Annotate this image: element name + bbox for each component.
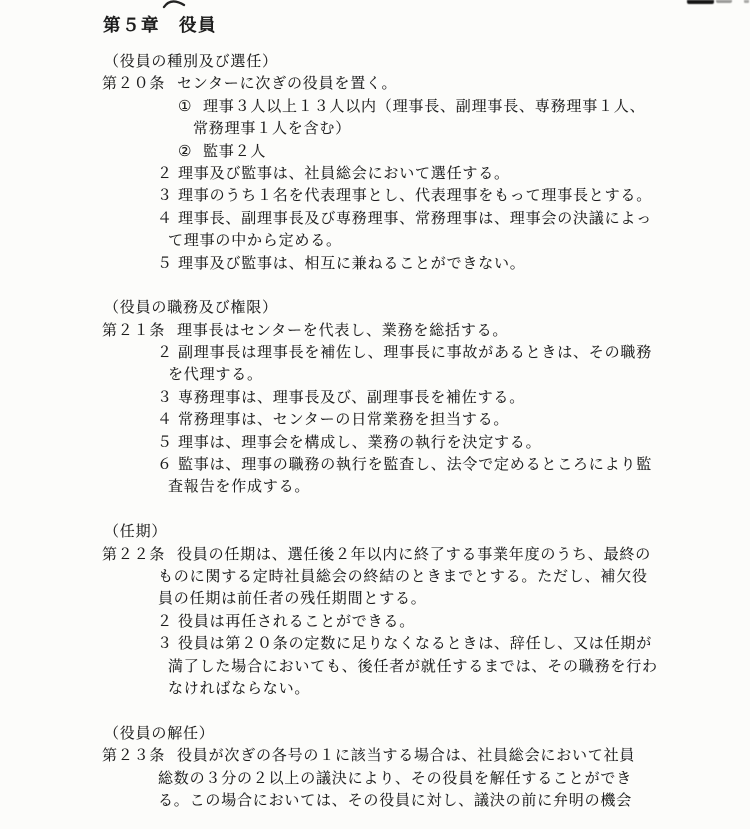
paragraph-line: ５理事は、理事会を構成し、業務の執行を決定する。 (0, 432, 750, 454)
line-text: （任期） (104, 524, 167, 540)
paragraph-line: ５理事及び監事は、相互に兼ねることができない。 (0, 253, 750, 275)
paragraph-line: ２理事及び監事は、社員総会において選任する。 (0, 163, 750, 185)
line-text: 理事及び監事は、社員総会において選任する。 (178, 166, 510, 182)
line-text: 理事は、理事会を構成し、業務の執行を決定する。 (178, 435, 541, 451)
line-text: （役員の種別及び選任） (104, 54, 278, 70)
section-heading-line: （役員の職務及び権限） (0, 297, 750, 319)
item-marker-icon: ① (178, 96, 203, 118)
article-wrap-line: る。この場合においては、その役員に対し、議決の前に弁明の機会 (0, 790, 750, 812)
line-text: 役員は第２０条の定数に足りなくなるときは、辞任し、又は任期が (178, 636, 652, 652)
item-marker-icon: ② (178, 141, 203, 163)
line-text: （役員の解任） (104, 726, 215, 742)
line-text: 員の任期は前任者の残任期間とする。 (158, 591, 427, 607)
section-heading-line: （役員の解任） (0, 723, 750, 745)
section-heading-line: （役員の種別及び選任） (0, 51, 750, 73)
paragraph-number: ３ (157, 387, 178, 409)
line-text: 専務理事は、理事長及び、副理事長を補佐する。 (178, 390, 525, 406)
paragraph-wrap-line: なければならない。 (0, 678, 750, 700)
article-wrap-line: 総数の３分の２以上の議決により、その役員を解任することができ (0, 768, 750, 790)
paragraph-number: ２ (157, 611, 178, 633)
paragraph-wrap-line: 査報告を作成する。 (0, 476, 750, 498)
paragraph-number: ３ (157, 185, 178, 207)
line-text: 副理事長は理事長を補佐し、理事長に事故があるときは、その職務 (178, 345, 652, 361)
scan-artifact-smudge (744, 0, 749, 3)
article-wrap-line: ものに関する定時社員総会の終結のときまでとする。ただし、補欠役 (0, 566, 750, 588)
line-text: 査報告を作成する。 (168, 479, 310, 495)
line-text: センターに次ぎの役員を置く。 (177, 76, 397, 92)
line-text: て理事の中から定める。 (168, 233, 342, 249)
line-text: 役員が次ぎの各号の１に該当する場合は、社員総会において社員 (177, 748, 635, 764)
line-text: 理事のうち１名を代表理事とし、代表理事をもって理事長とする。 (178, 188, 652, 204)
paragraph-line: ４常務理事は、センターの日常業務を担当する。 (0, 409, 750, 431)
chapter-heading: 第５章 役員 (103, 13, 750, 37)
paragraph-wrap-line: を代理する。 (0, 364, 750, 386)
paragraph-number: ５ (157, 432, 178, 454)
paragraph-number: ２ (157, 163, 178, 185)
line-text: 常務理事は、センターの日常業務を担当する。 (178, 412, 509, 428)
line-text: 監事２人 (203, 144, 266, 160)
paragraph-number: ４ (157, 208, 178, 230)
scan-artifact-smudge (687, 0, 714, 4)
article-number: 第２３条 (102, 745, 177, 767)
section-heading-line: （任期） (0, 521, 750, 543)
scan-artifact-smudge (716, 0, 732, 3)
article-number: 第２２条 (102, 544, 177, 566)
line-text: を代理する。 (168, 367, 263, 383)
line-text: る。この場合においては、その役員に対し、議決の前に弁明の機会 (158, 793, 632, 809)
line-text: 理事長、副理事長及び専務理事、常務理事は、理事会の決議によっ (178, 211, 652, 227)
paragraph-line: ３専務理事は、理事長及び、副理事長を補佐する。 (0, 387, 750, 409)
scanned-document-page: 第５章 役員 （役員の種別及び選任）第２０条センターに次ぎの役員を置く。①理事３… (0, 0, 750, 829)
line-text: 役員の任期は、選任後２年以内に終了する事業年度のうち、最終の (177, 547, 651, 563)
paragraph-number: ２ (157, 342, 178, 364)
line-text: 理事長はセンターを代表し、業務を総括する。 (177, 323, 508, 339)
paragraph-wrap-line: て理事の中から定める。 (0, 230, 750, 252)
line-text: 満了した場合においても、後任者が就任するまでは、その職務を行わ (168, 659, 658, 675)
enumerated-item-line: ②監事２人 (0, 141, 750, 163)
scan-artifact-stroke (162, 0, 188, 12)
paragraph-number: ６ (157, 454, 178, 476)
paragraph-line: ３理事のうち１名を代表理事とし、代表理事をもって理事長とする。 (0, 185, 750, 207)
article-opening-line: 第２３条役員が次ぎの各号の１に該当する場合は、社員総会において社員 (0, 745, 750, 767)
line-text: なければならない。 (168, 681, 310, 697)
line-text: （役員の職務及び権限） (104, 300, 278, 316)
paragraph-line: ２副理事長は理事長を補佐し、理事長に事故があるときは、その職務 (0, 342, 750, 364)
paragraph-wrap-line: 満了した場合においても、後任者が就任するまでは、その職務を行わ (0, 656, 750, 678)
paragraph-number: ３ (157, 633, 178, 655)
article-opening-line: 第２０条センターに次ぎの役員を置く。 (0, 73, 750, 95)
article-number: 第２０条 (102, 73, 177, 95)
article-opening-line: 第２１条理事長はセンターを代表し、業務を総括する。 (0, 320, 750, 342)
paragraph-number: ５ (157, 253, 178, 275)
enumerated-item-wrap-line: 常務理事１人を含む） (0, 118, 750, 140)
line-text: 理事及び監事は、相互に兼ねることができない。 (178, 256, 526, 272)
line-text: 監事は、理事の職務の執行を監査し、法令で定めるところにより監 (178, 457, 652, 473)
line-text: 総数の３分の２以上の議決により、その役員を解任することができ (158, 771, 632, 787)
article-number: 第２１条 (102, 320, 177, 342)
paragraph-line: ２役員は再任されることができる。 (0, 611, 750, 633)
line-text: 常務理事１人を含む） (193, 121, 351, 137)
line-text: 理事３人以上１３人以内（理事長、副理事長、専務理事１人、 (203, 99, 645, 115)
line-text: 役員は再任されることができる。 (178, 614, 415, 630)
enumerated-item-line: ①理事３人以上１３人以内（理事長、副理事長、専務理事１人、 (0, 96, 750, 118)
article-opening-line: 第２２条役員の任期は、選任後２年以内に終了する事業年度のうち、最終の (0, 544, 750, 566)
line-text: ものに関する定時社員総会の終結のときまでとする。ただし、補欠役 (158, 569, 648, 585)
paragraph-line: ４理事長、副理事長及び専務理事、常務理事は、理事会の決議によっ (0, 208, 750, 230)
document-lines: （役員の種別及び選任）第２０条センターに次ぎの役員を置く。①理事３人以上１３人以… (0, 51, 750, 812)
article-wrap-line: 員の任期は前任者の残任期間とする。 (0, 588, 750, 610)
paragraph-number: ４ (157, 409, 178, 431)
paragraph-line: ６監事は、理事の職務の執行を監査し、法令で定めるところにより監 (0, 454, 750, 476)
paragraph-line: ３役員は第２０条の定数に足りなくなるときは、辞任し、又は任期が (0, 633, 750, 655)
